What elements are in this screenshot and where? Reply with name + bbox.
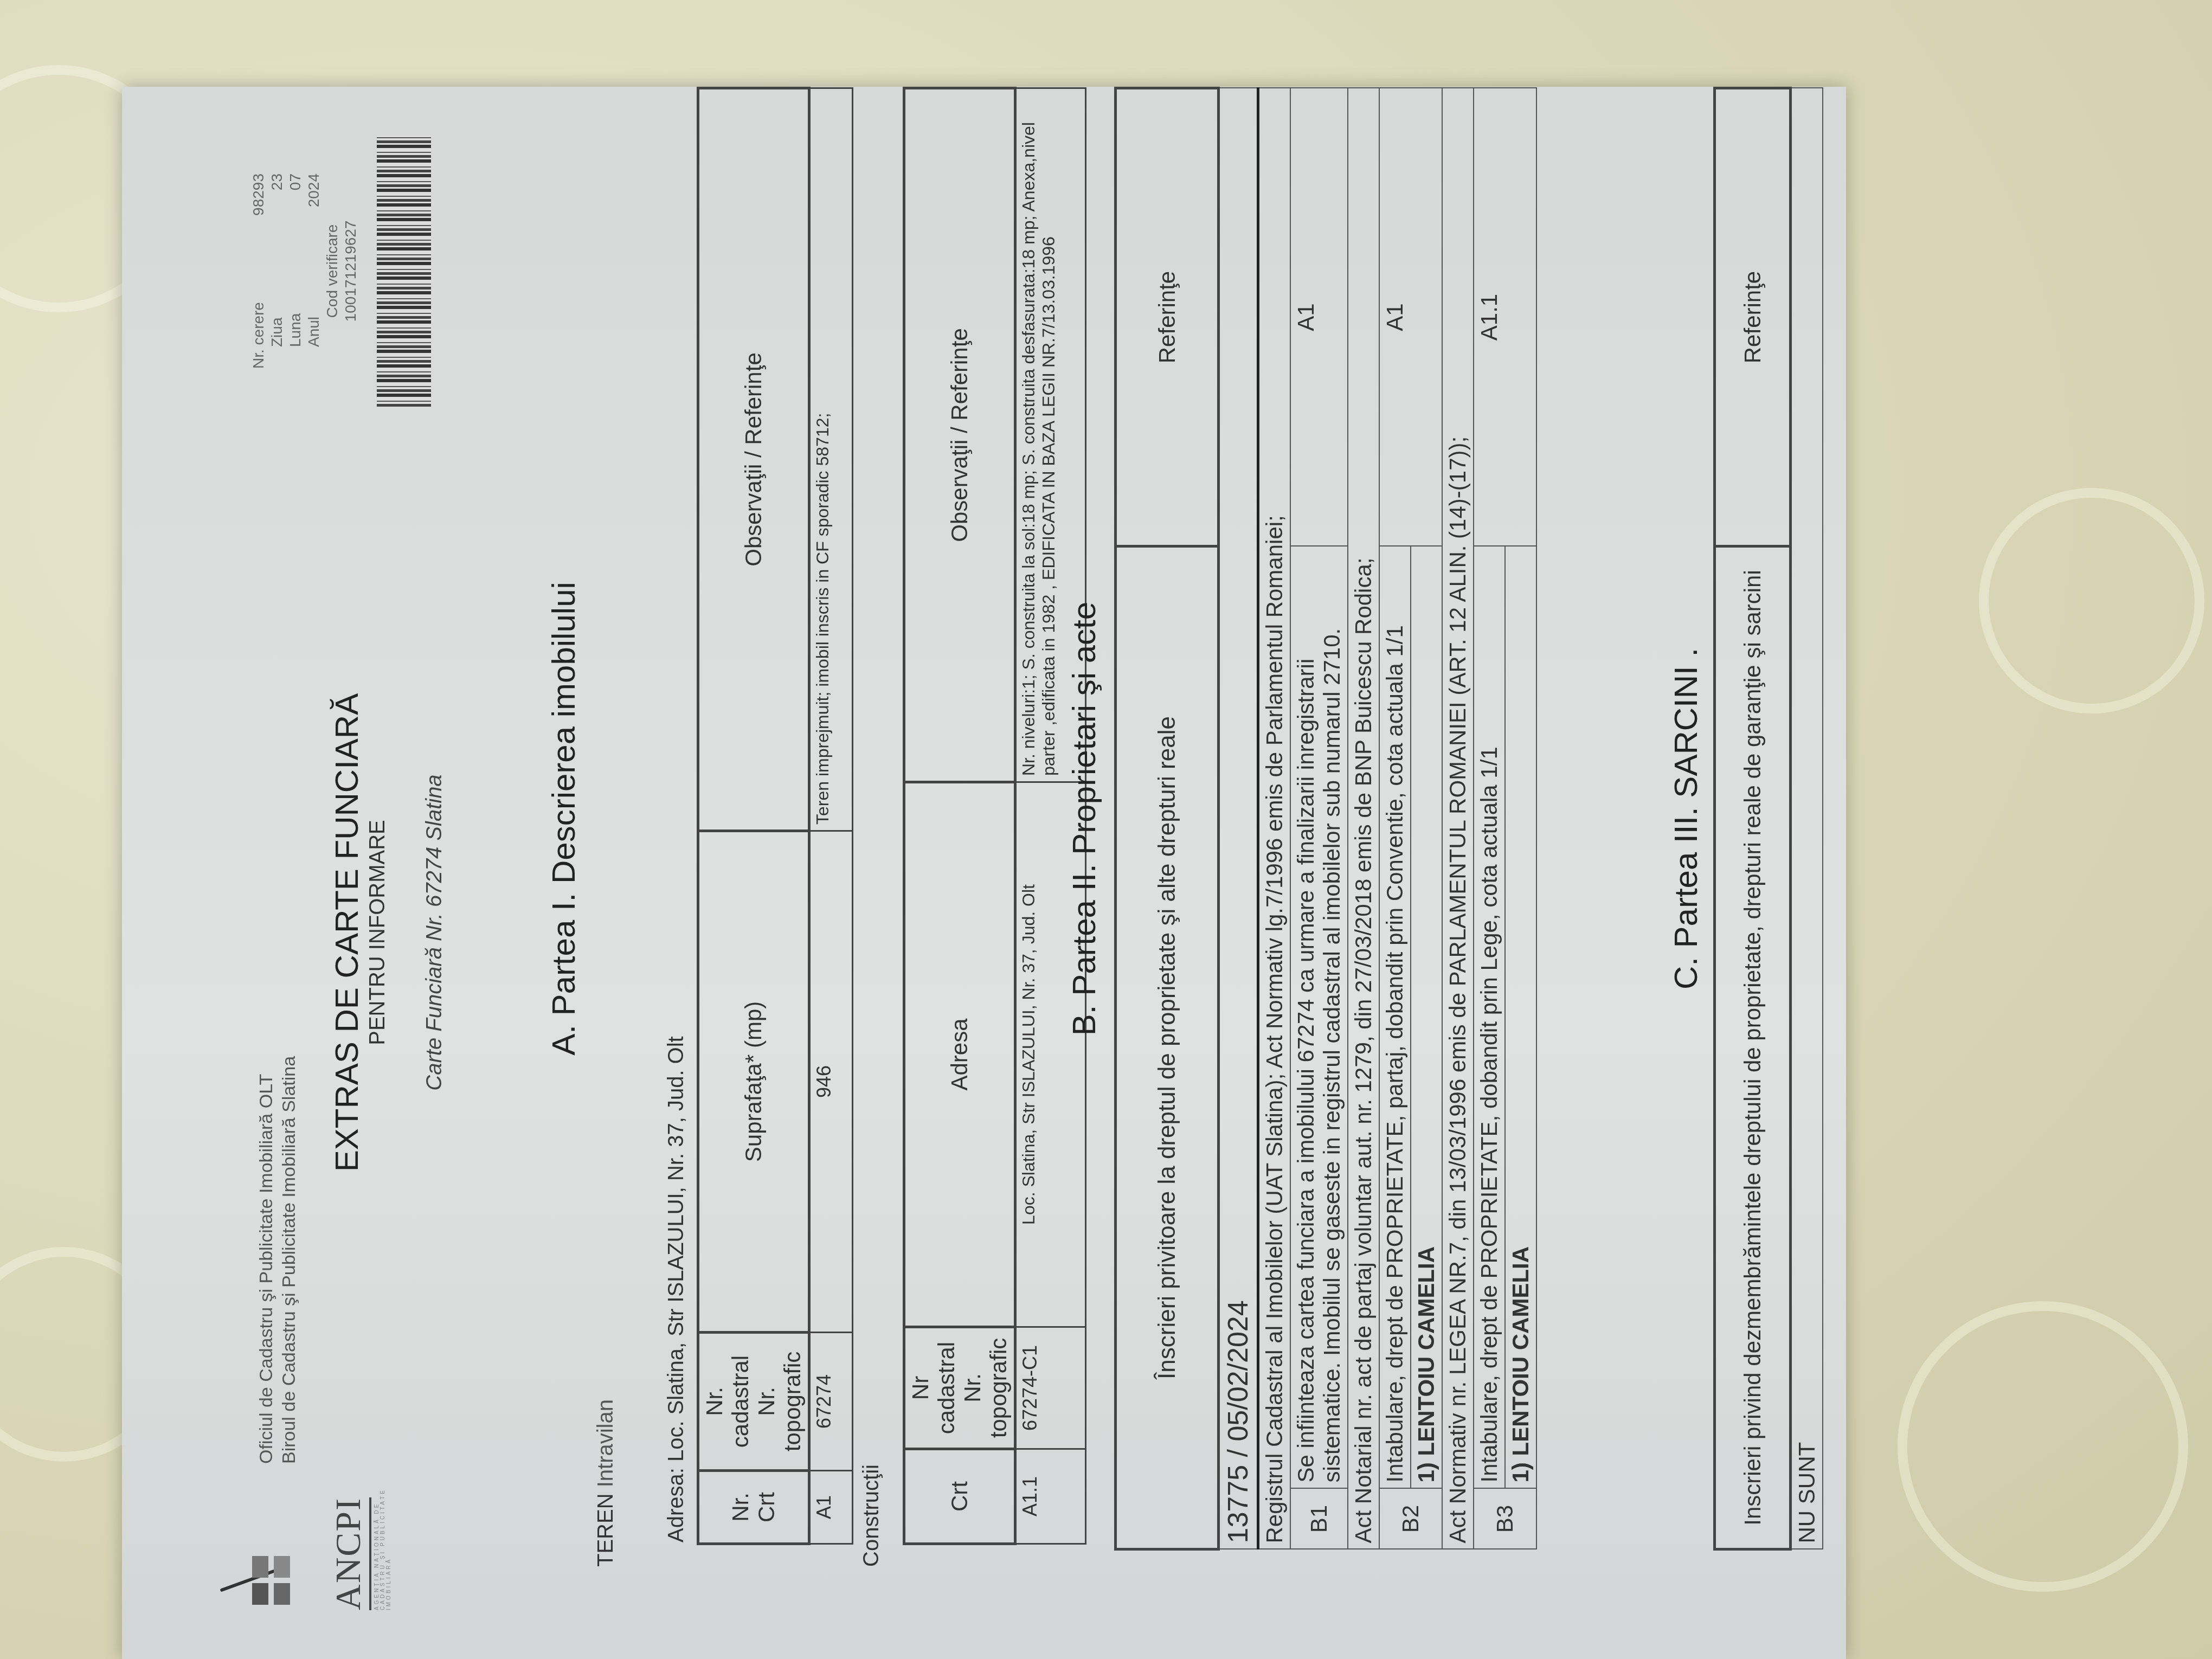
entry-text: Intabulare, drept de PROPRIETATE, partaj… [1379, 546, 1411, 1489]
encumbrances-table: Inscrieri privind dezmembrămintele drept… [1713, 87, 1823, 1551]
verification-code: 100171219627 [342, 173, 360, 369]
entry-text: Se infiinteaza cartea funciara a imobilu… [1290, 546, 1348, 1489]
part-b-heading: B. Partea II. Proprietari şi acte [1065, 87, 1103, 1551]
col-nr-crt: Nr. Crt [698, 1471, 809, 1544]
entry-ref: A1.1 [1474, 88, 1536, 546]
office-header: Oficiul de Cadastru şi Publicitate Imobi… [255, 1056, 300, 1464]
encumbrances-value: NU SUNT [1791, 88, 1823, 1549]
constructii-table-header: Crt Nr cadastral Nr. topografic Adresa O… [904, 88, 1015, 1544]
document-subtitle: PENTRU INFORMARE [365, 618, 390, 1247]
col-nr-cadastral: Nr cadastral Nr. topografic [904, 1327, 1015, 1449]
col-adresa: Adresa [904, 782, 1015, 1327]
owner-name: 1) LENTOIU CAMELIA [1411, 546, 1442, 1489]
logo-text: ANCPI [328, 1497, 371, 1610]
owners-table: Înscrieri privitoare la dreptul de propr… [1114, 87, 1537, 1551]
col-observatii: Observaţii / Referinţe [904, 88, 1015, 782]
part-a-heading: A. Partea I. Descrierea imobilului [545, 87, 582, 1551]
title-block: EXTRAS DE CARTE FUNCIARĂ PENTRU INFORMAR… [328, 618, 447, 1247]
logo-square-icon [274, 1583, 290, 1605]
property-address: Adresa: Loc. Slatina, Str ISLAZULUI, Nr.… [664, 1036, 689, 1542]
cell-suprafata: 946 [809, 831, 853, 1333]
constructii-label: Construcţii [859, 1464, 884, 1567]
table-row: A1 67274 946 Teren imprejmuit; imobil in… [809, 88, 853, 1544]
owners-table-header: Înscrieri privitoare la dreptul de propr… [1116, 88, 1219, 1549]
act-row: Registrul Cadastral al Imobilelor (UAT S… [1258, 88, 1291, 1549]
col-suprafata: Suprafaţa* (mp) [698, 831, 809, 1333]
ancpi-logo: ANCPI AGENȚIA NAȚIONALĂ DE CADASTRU ȘI P… [247, 1486, 388, 1637]
act-text: Act Normativ nr. LEGEA NR.7, din 13/03/1… [1442, 88, 1474, 1549]
request-info: Nr. cerere98293 Ziua23 Luna07 Anul2024 C… [249, 173, 360, 369]
office-line-2: Biroul de Cadastru şi Publicitate Imobil… [278, 1056, 300, 1464]
request-year: Anul2024 [305, 173, 323, 369]
entry-ref: A1 [1379, 88, 1442, 546]
col-referinte: Referinţe [1715, 88, 1791, 546]
barcode-icon [377, 136, 431, 407]
part-c-heading: C. Partea III. SARCINI . [1667, 87, 1705, 1551]
background-swirl [1979, 488, 2204, 713]
entry-date: 13775 / 05/02/2024 [1219, 88, 1258, 1549]
land-registry-extract-page: ANCPI AGENȚIA NAȚIONALĂ DE CADASTRU ȘI P… [122, 87, 1846, 1659]
document-title: EXTRAS DE CARTE FUNCIARĂ [328, 618, 365, 1247]
col-observatii: Observaţii / Referinţe [698, 88, 809, 831]
table-row: B3 Intabulare, drept de PROPRIETATE, dob… [1474, 88, 1505, 1549]
entry-date-row: 13775 / 05/02/2024 [1219, 88, 1258, 1549]
property-type: TEREN Intravilan [594, 1399, 618, 1567]
entry-ref: A1 [1290, 88, 1348, 546]
cell-observatii: Teren imprejmuit; imobil inscris in CF s… [809, 88, 853, 831]
office-line-1: Oficiul de Cadastru şi Publicitate Imobi… [255, 1056, 278, 1464]
col-inscrieri: Înscrieri privitoare la dreptul de propr… [1116, 546, 1219, 1549]
entry-code: B2 [1379, 1489, 1442, 1549]
encumbrances-table-header: Inscrieri privind dezmembrămintele drept… [1715, 88, 1791, 1549]
col-crt: Crt [904, 1449, 1015, 1544]
entry-code: B1 [1290, 1489, 1348, 1549]
carte-funciara-number: Carte Funciară Nr. 67274 Slatina [422, 618, 447, 1247]
col-referinte: Referinţe [1116, 88, 1219, 546]
entry-text: Intabulare, drept de PROPRIETATE, doband… [1474, 546, 1505, 1489]
act-text: Act Notarial nr. act de partaj voluntar … [1348, 88, 1379, 1549]
request-month: Luna07 [286, 173, 305, 369]
teren-table-header: Nr. Crt Nr. cadastral Nr. topografic Sup… [698, 88, 809, 1544]
teren-table: Nr. Crt Nr. cadastral Nr. topografic Sup… [697, 87, 853, 1545]
table-row: B1 Se infiinteaza cartea funciara a imob… [1290, 88, 1348, 1549]
constructii-table: Crt Nr cadastral Nr. topografic Adresa O… [903, 87, 1086, 1545]
request-number: Nr. cerere98293 [249, 173, 268, 369]
verification-code-label: Cod verificare [323, 173, 342, 369]
col-inscrieri: Inscrieri privind dezmembrămintele drept… [1715, 546, 1791, 1549]
act-row: Act Normativ nr. LEGEA NR.7, din 13/03/1… [1442, 88, 1474, 1549]
table-row: NU SUNT [1791, 88, 1823, 1549]
logo-square-icon [252, 1583, 268, 1605]
logo-square-icon [274, 1556, 290, 1578]
table-row: B2 Intabulare, drept de PROPRIETATE, par… [1379, 88, 1411, 1549]
act-row: Act Notarial nr. act de partaj voluntar … [1348, 88, 1379, 1549]
request-day: Ziua23 [268, 173, 286, 369]
logo-square-icon [252, 1556, 268, 1578]
owner-name: 1) LENTOIU CAMELIA [1505, 546, 1536, 1489]
col-nr-cadastral: Nr. cadastral Nr. topografic [698, 1333, 809, 1471]
cell-crt: A1 [809, 1471, 853, 1544]
cell-nr-cadastral: 67274 [809, 1333, 853, 1471]
entry-code: B3 [1474, 1489, 1536, 1549]
logo-subtext: AGENȚIA NAȚIONALĂ DE CADASTRU ȘI PUBLICI… [374, 1486, 392, 1610]
act-text: Registrul Cadastral al Imobilelor (UAT S… [1258, 88, 1291, 1549]
background-swirl [1898, 1301, 2188, 1592]
